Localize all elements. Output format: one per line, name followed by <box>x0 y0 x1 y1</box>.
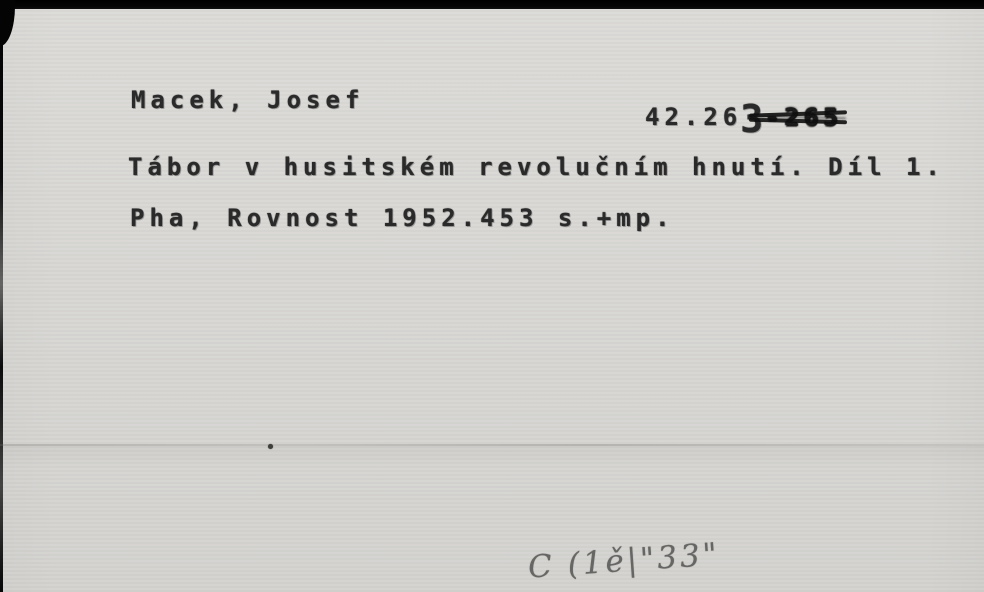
scanned-catalog-card: Macek, Josef 42.263-265 Tábor v husitské… <box>0 0 984 592</box>
paper-crease <box>0 444 984 446</box>
handwritten-pencil-note: C (1ě|"33" <box>527 536 721 585</box>
paper-crease-shadow <box>0 446 984 468</box>
scanner-edge-left <box>0 0 3 592</box>
scanner-edge-top <box>0 0 984 9</box>
call-number: 42.263-265 <box>645 90 843 134</box>
ink-speck <box>268 444 273 449</box>
call-number-struck-out: -265 <box>765 103 843 131</box>
call-number-typed: 42.26 <box>645 103 742 131</box>
title-line: Tábor v husitském revolučním hnutí. Díl … <box>128 153 945 181</box>
imprint-line: Pha, Rovnost 1952.453 s.+mp. <box>130 204 675 232</box>
card-rounded-corner <box>0 0 15 46</box>
author-heading: Macek, Josef <box>131 86 364 114</box>
